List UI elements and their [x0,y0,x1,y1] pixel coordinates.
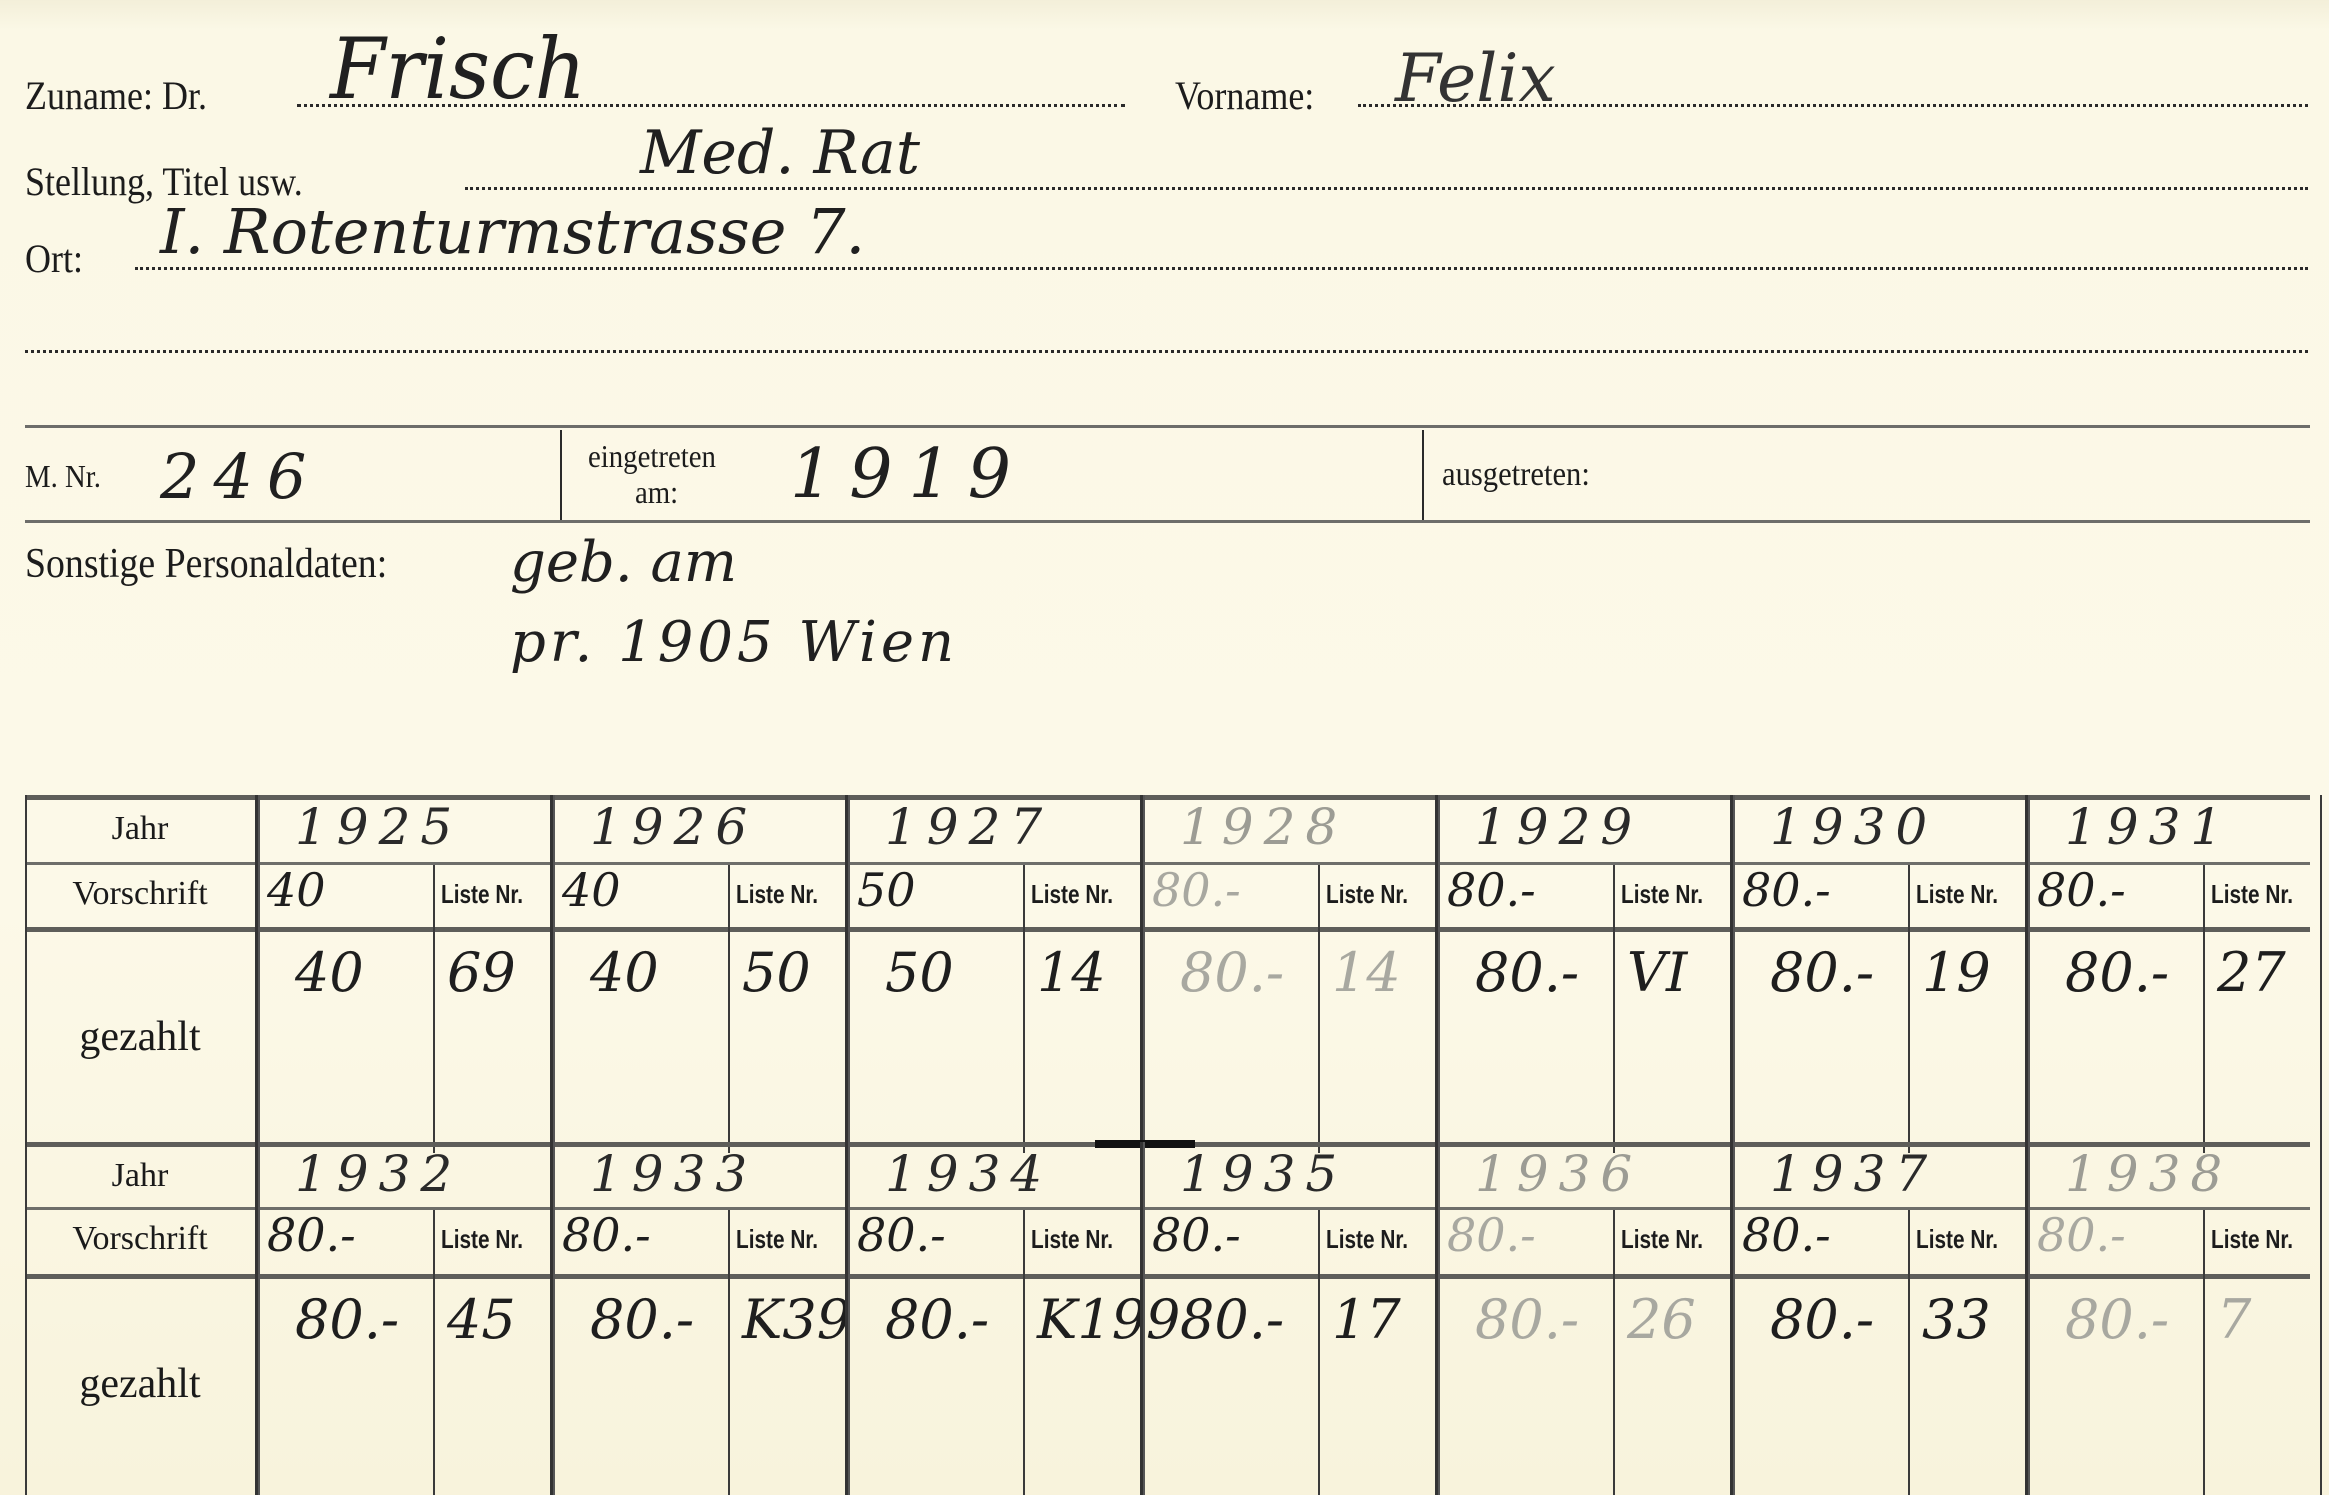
extra-line [25,350,2308,353]
liste-nr-value: VI [1627,941,1687,1004]
liste-nr-label: Liste Nr. [2211,879,2293,910]
row-label-gezahlt: gezahlt [25,1013,255,1061]
year-block-divider [550,795,555,1153]
row-label-jahr: Jahr [25,810,255,848]
gezahlt-value: 80.- [1180,941,1284,1004]
vorname-label: Vorname: [1175,72,1314,119]
year-block-divider [1730,1142,1735,1495]
gezahlt-value: 80.- [1475,1288,1579,1351]
liste-nr-value: 14 [1037,941,1106,1004]
ausgetreten-label: ausgetreten: [1442,456,1590,494]
year-value: 1938 [2065,1145,2232,1203]
gezahlt-value: 80.- [885,1288,989,1351]
year-value: 1936 [1475,1145,1642,1203]
year-block-divider [550,1142,555,1495]
liste-divider [1318,1210,1320,1495]
row-label-vorschrift: Vorschrift [25,875,255,913]
zuname-label: Zuname: Dr. [25,72,207,119]
liste-nr-label: Liste Nr. [736,1224,818,1255]
vorschrift-value: 80.- [1447,863,1536,917]
liste-divider [1023,1210,1025,1495]
ort-value: I. Rotenturmstrasse 7. [160,195,865,268]
dues-table-2: JahrVorschriftgezahlt193280.-Liste Nr.80… [25,1142,2310,1495]
liste-nr-label: Liste Nr. [1326,879,1408,910]
liste-nr-value: 14 [1332,941,1401,1004]
liste-divider [1908,1210,1910,1495]
liste-divider [2203,1210,2205,1495]
year-block-divider [2025,795,2030,1153]
year-block-divider [1730,795,1735,1153]
liste-nr-label: Liste Nr. [441,1224,523,1255]
stellung-value: Med. Rat [640,118,920,188]
liste-nr-label: Liste Nr. [1031,879,1113,910]
year-value: 1931 [2065,798,2232,856]
gezahlt-value: 50 [885,941,954,1004]
mnr-label: M. Nr. [25,458,101,495]
year-block-divider [2025,1142,2030,1495]
liste-nr-label: Liste Nr. [1621,1224,1703,1255]
gezahlt-value: 80.- [1180,1288,1284,1351]
gezahlt-value: 80.- [2065,941,2169,1004]
vorschrift-value: 80.- [562,1208,651,1262]
table-right-border [2320,795,2322,1153]
liste-divider [433,1210,435,1495]
row-label-jahr: Jahr [25,1157,255,1195]
gezahlt-value: 80.- [1770,941,1874,1004]
liste-nr-label: Liste Nr. [1916,879,1998,910]
liste-nr-value: 69 [447,941,516,1004]
gezahlt-value: 40 [295,941,364,1004]
vorschrift-value: 80.- [1447,1208,1536,1262]
row-label-gezahlt: gezahlt [25,1360,255,1408]
personal-label: Sonstige Personaldaten: [25,540,387,588]
liste-nr-value: 19 [1922,941,1991,1004]
gezahlt-value: 40 [590,941,659,1004]
membership-divider-2 [1422,430,1424,520]
vorschrift-value: 80.- [1152,1208,1241,1262]
vorschrift-bottom-rule [25,927,2310,932]
liste-nr-value: 26 [1627,1288,1696,1351]
year-value: 1927 [885,798,1052,856]
liste-nr-label: Liste Nr. [1326,1224,1408,1255]
year-value: 1932 [295,1145,462,1203]
gezahlt-value: 80.- [295,1288,399,1351]
vorschrift-value: 80.- [2037,1208,2126,1262]
year-value: 1925 [295,798,462,856]
year-value: 1926 [590,798,757,856]
row-label-vorschrift: Vorschrift [25,1220,255,1258]
liste-nr-label: Liste Nr. [1031,1224,1113,1255]
vorschrift-value: 50 [857,863,916,917]
liste-divider [433,865,435,1153]
liste-nr-value: 50 [742,941,811,1004]
year-block-divider [1435,795,1440,1153]
year-block-divider [845,1142,850,1495]
liste-nr-value: 45 [447,1288,516,1351]
year-block-divider [1435,1142,1440,1495]
ort-label: Ort: [25,235,83,282]
gezahlt-value: 80.- [2065,1288,2169,1351]
liste-nr-label: Liste Nr. [441,879,523,910]
gezahlt-value: 80.- [1475,941,1579,1004]
personal-line-1: geb. am [510,530,737,595]
vorschrift-bottom-rule [25,1274,2310,1279]
vorschrift-value: 80.- [857,1208,946,1262]
liste-divider [1613,1210,1615,1495]
vorname-value: Felix [1395,40,1556,117]
liste-nr-label: Liste Nr. [2211,1224,2293,1255]
liste-nr-value: 7 [2217,1288,2251,1351]
liste-nr-value: 27 [2217,941,2286,1004]
year-block-divider [845,795,850,1153]
vorschrift-value: 40 [562,863,621,917]
table-left-border [25,795,27,1153]
year-value: 1929 [1475,798,1642,856]
vorschrift-value: 80.- [267,1208,356,1262]
year-block-divider [1140,1142,1145,1495]
year-value: 1933 [590,1145,757,1203]
year-value: 1935 [1180,1145,1347,1203]
year-block-divider [1140,795,1145,1153]
year-value: 1930 [1770,798,1937,856]
liste-divider [1318,865,1320,1153]
vorschrift-value: 80.- [1742,1208,1831,1262]
gezahlt-value: 80.- [590,1288,694,1351]
dues-table-1: JahrVorschriftgezahlt192540Liste Nr.4069… [25,795,2310,1153]
year-block-divider [255,795,260,1153]
eingetreten-value: 1919 [790,435,1027,514]
liste-divider [1908,865,1910,1153]
year-value: 1937 [1770,1145,1937,1203]
year-value: 1934 [885,1145,1052,1203]
gezahlt-value: 80.- [1770,1288,1874,1351]
liste-divider [728,1210,730,1495]
liste-nr-label: Liste Nr. [1916,1224,1998,1255]
liste-nr-label: Liste Nr. [736,879,818,910]
vorschrift-value: 80.- [1152,863,1241,917]
vorschrift-value: 40 [267,863,326,917]
liste-nr-value: K199 [1037,1288,1180,1351]
year-block-divider [255,1142,260,1495]
liste-nr-value: 17 [1332,1288,1401,1351]
personal-line-2: pr. 1905 Wien [510,610,958,675]
liste-divider [1613,865,1615,1153]
membership-bottom-rule [25,520,2310,523]
table-right-border [2320,1142,2322,1495]
liste-divider [728,865,730,1153]
vorschrift-value: 80.- [2037,863,2126,917]
vorschrift-value: 80.- [1742,863,1831,917]
liste-nr-label: Liste Nr. [1621,879,1703,910]
liste-nr-value: K39 [742,1288,851,1351]
membership-divider-1 [560,430,562,520]
eingetreten-label: eingetreten [588,438,716,475]
membership-top-rule [25,425,2310,428]
year-value: 1928 [1180,798,1347,856]
mnr-value: 246 [160,440,320,513]
zuname-value: Frisch [330,20,586,118]
membership-card: Zuname: Dr. Frisch Vorname: Felix Stellu… [0,0,2329,1495]
eingetreten-am-label: am: [635,474,678,511]
liste-divider [2203,865,2205,1153]
liste-nr-value: 33 [1922,1288,1991,1351]
liste-divider [1023,865,1025,1153]
